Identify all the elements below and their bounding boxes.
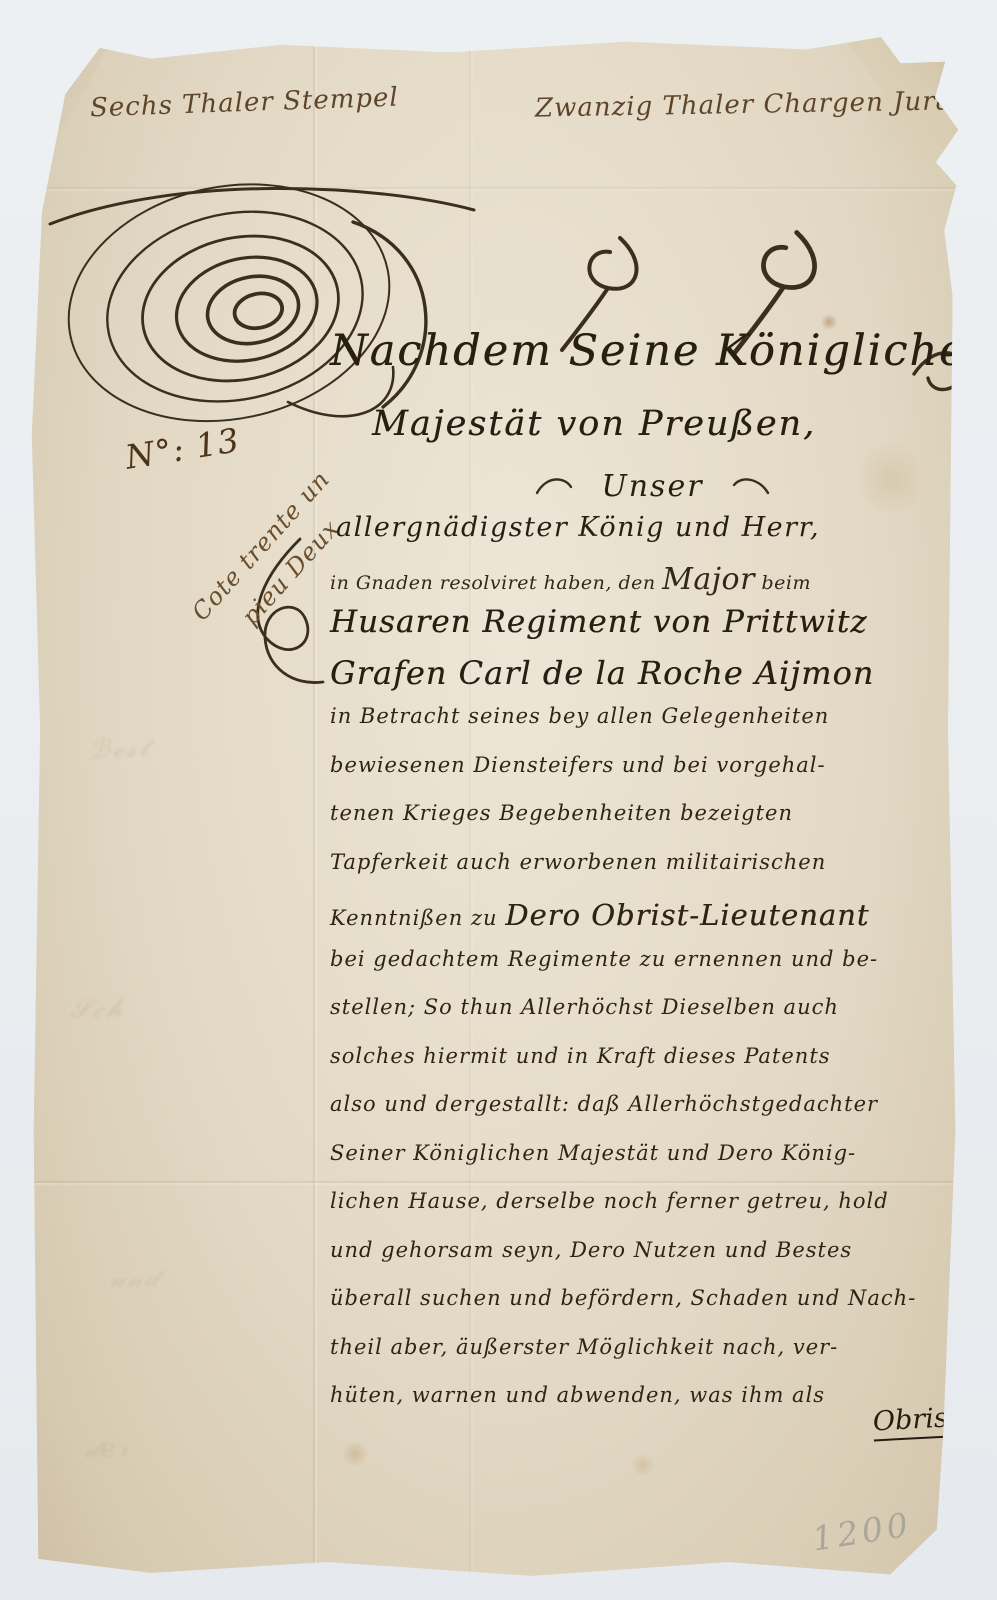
body-line: bewiesenen Diensteifers und bei vorgehal… — [330, 753, 975, 802]
heading-line: Majestät von Preußen, — [372, 404, 975, 460]
rank-word: Major — [662, 562, 755, 597]
body-line: Tapferkeit auch erworbenen militairische… — [330, 850, 975, 899]
body-line: theil aber, äußerster Möglichkeit nach, … — [330, 1335, 975, 1384]
small-curl-icon — [535, 473, 575, 499]
torn-corner — [840, 34, 960, 224]
fox-stain — [630, 1454, 656, 1476]
small-curl-icon — [730, 473, 770, 499]
regiment-line: Husaren Regiment von Prittwitz — [330, 604, 975, 654]
body-line: und gehorsam seyn, Dero Nutzen und Beste… — [330, 1238, 975, 1287]
pencil-price: 1200 — [810, 1504, 915, 1558]
body-text: Kenntnißen zu — [330, 906, 505, 930]
body-line: solches hiermit und in Kraft dieses Pate… — [330, 1044, 975, 1093]
body-line: in Betracht seines bey allen Gelegenheit… — [330, 704, 975, 753]
heading-line: Unser — [330, 460, 975, 512]
body-line: stellen; So thun Allerhöchst Dieselben a… — [330, 995, 975, 1044]
fox-stain — [340, 1442, 370, 1466]
body-line: überall suchen und befördern, Schaden un… — [330, 1286, 975, 1335]
body-text: beim — [755, 572, 811, 594]
name-line: Grafen Carl de la Roche Aijmon — [330, 654, 975, 704]
body-line: also und dergestallt: daß Allerhöchstged… — [330, 1092, 975, 1141]
heading-line: allergnädigster König und Herr, — [336, 512, 975, 562]
body-line: bei gedachtem Regimente zu ernennen und … — [330, 947, 975, 996]
body-line: Kenntnißen zu Dero Obrist-Lieutenant — [330, 898, 975, 947]
catchword: Obrist. — [872, 1402, 968, 1442]
patent-text: Nachdem Seine Königliche Majestät von Pr… — [330, 326, 975, 1432]
body-line: Seiner Königlichen Majestät und Dero Kön… — [330, 1141, 975, 1190]
body-text: in Gnaden resolviret haben, den — [330, 572, 662, 594]
body-line: in Gnaden resolviret haben, den Major be… — [330, 562, 975, 604]
scan-background: { "page": { "background_color": "#e9edf0… — [0, 0, 997, 1600]
heading-line: Nachdem Seine Königliche — [330, 326, 975, 404]
manuscript-page: ℬ𝓮𝓼𝓽 𝓢𝓬𝓱 𝓊𝓃𝒹 𝒹𝑒𝓇 Sechs Thaler Stempel Zw… — [30, 34, 960, 1579]
rank-word: Dero Obrist-Lieutenant — [505, 898, 869, 932]
body-line: tenen Krieges Begebenheiten bezeigten — [330, 801, 975, 850]
body-line: lichen Hause, derselbe noch ferner getre… — [330, 1189, 975, 1238]
heading-word: Unser — [601, 469, 703, 504]
